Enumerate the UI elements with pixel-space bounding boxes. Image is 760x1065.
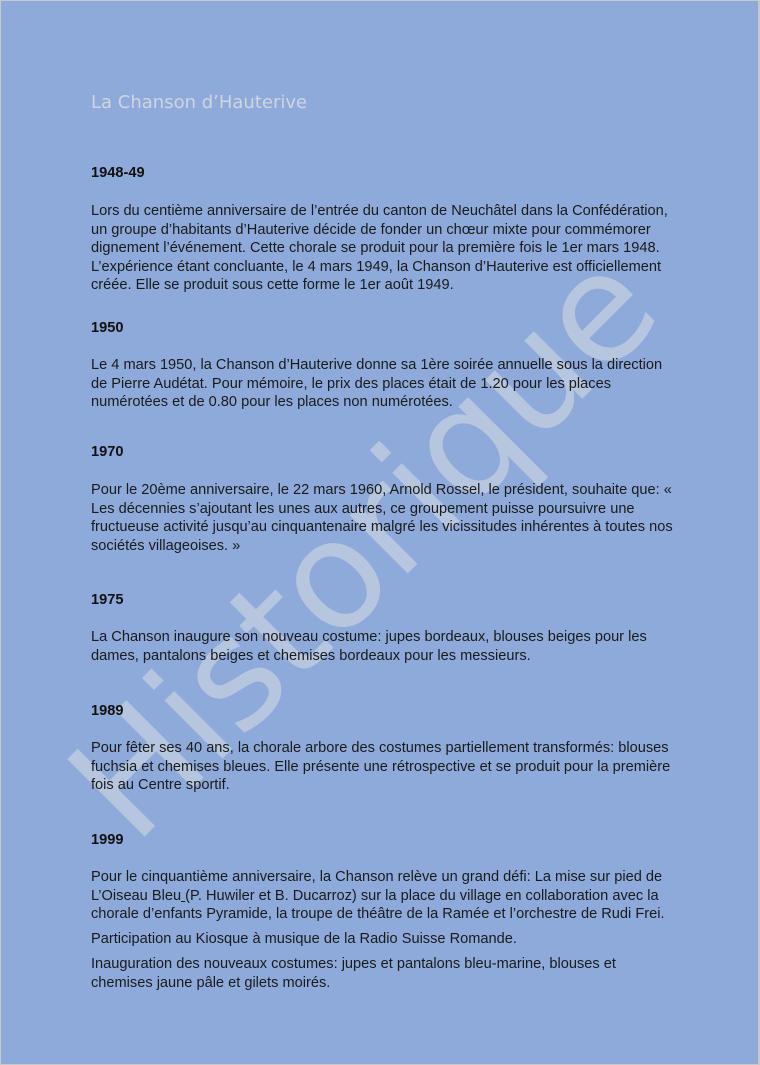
section-year-1950: 1950 [91, 319, 123, 338]
section-year-1999: 1999 [91, 831, 123, 850]
document-page: Historique La Chanson d’Hauterive 1948-4… [1, 1, 758, 1064]
section-paragraph: Le 4 mars 1950, la Chanson d’Hauterive d… [91, 356, 681, 412]
section-year-1989: 1989 [91, 702, 123, 721]
section-paragraph: Pour le 20ème anniversaire, le 22 mars 1… [91, 481, 681, 555]
section-year-1970: 1970 [91, 443, 123, 462]
section-paragraph: Inauguration des nouveaux costumes: jupe… [91, 955, 681, 992]
section-year-1975: 1975 [91, 591, 123, 610]
section-year-1948-49: 1948-49 [91, 164, 145, 183]
section-paragraph: Participation au Kiosque à musique de la… [91, 930, 681, 949]
document-title: La Chanson d’Hauterive [91, 94, 307, 113]
section-paragraph: Lors du centième anniversaire de l’entré… [91, 202, 681, 295]
section-paragraph: Pour fêter ses 40 ans, la chorale arbore… [91, 739, 681, 795]
section-paragraph: La Chanson inaugure son nouveau costume:… [91, 628, 681, 665]
section-paragraph: Pour le cinquantième anniversaire, la Ch… [91, 868, 681, 924]
